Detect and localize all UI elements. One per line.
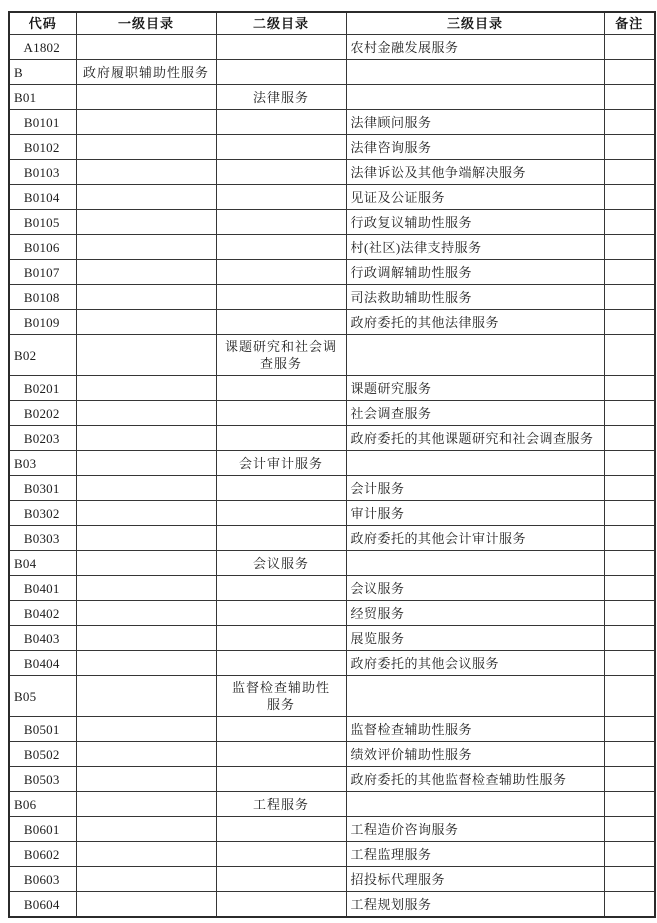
level3-cell bbox=[346, 60, 604, 85]
table-header: 代码 一级目录 二级目录 三级目录 备注 bbox=[9, 12, 655, 35]
remark-cell bbox=[604, 185, 655, 210]
level3-cell: 行政调解辅助性服务 bbox=[346, 260, 604, 285]
level1-cell bbox=[76, 260, 216, 285]
level3-cell: 法律咨询服务 bbox=[346, 135, 604, 160]
code-cell: B0101 bbox=[9, 110, 76, 135]
code-cell: B0108 bbox=[9, 285, 76, 310]
table-row: B政府履职辅助性服务 bbox=[9, 60, 655, 85]
table-row: A1802农村金融发展服务 bbox=[9, 35, 655, 60]
table-row: B0503政府委托的其他监督检查辅助性服务 bbox=[9, 767, 655, 792]
level1-cell bbox=[76, 451, 216, 476]
level1-cell bbox=[76, 85, 216, 110]
level3-cell: 工程监理服务 bbox=[346, 842, 604, 867]
code-cell: B03 bbox=[9, 451, 76, 476]
code-cell: B0402 bbox=[9, 601, 76, 626]
code-cell: B0604 bbox=[9, 892, 76, 918]
level1-cell bbox=[76, 110, 216, 135]
level2-cell bbox=[216, 717, 346, 742]
remark-cell bbox=[604, 110, 655, 135]
table-row: B06工程服务 bbox=[9, 792, 655, 817]
level2-cell bbox=[216, 892, 346, 918]
level1-cell bbox=[76, 476, 216, 501]
level2-cell bbox=[216, 260, 346, 285]
level1-cell bbox=[76, 185, 216, 210]
remark-cell bbox=[604, 792, 655, 817]
table-row: B0102法律咨询服务 bbox=[9, 135, 655, 160]
level3-cell: 会议服务 bbox=[346, 576, 604, 601]
level2-cell bbox=[216, 626, 346, 651]
level3-cell bbox=[346, 676, 604, 717]
code-cell: B0601 bbox=[9, 817, 76, 842]
remark-cell bbox=[604, 476, 655, 501]
table-row: B0604工程规划服务 bbox=[9, 892, 655, 918]
level2-cell bbox=[216, 35, 346, 60]
remark-cell bbox=[604, 576, 655, 601]
level2-cell bbox=[216, 817, 346, 842]
remark-cell bbox=[604, 160, 655, 185]
remark-cell bbox=[604, 717, 655, 742]
level3-cell: 会计服务 bbox=[346, 476, 604, 501]
level1-cell bbox=[76, 426, 216, 451]
table-row: B0108司法救助辅助性服务 bbox=[9, 285, 655, 310]
level2-cell bbox=[216, 60, 346, 85]
code-cell: B0102 bbox=[9, 135, 76, 160]
level2-cell bbox=[216, 210, 346, 235]
column-header-level3: 三级目录 bbox=[346, 12, 604, 35]
remark-cell bbox=[604, 285, 655, 310]
level1-cell bbox=[76, 526, 216, 551]
level2-cell bbox=[216, 376, 346, 401]
level3-cell: 社会调查服务 bbox=[346, 401, 604, 426]
level2-cell bbox=[216, 160, 346, 185]
code-cell: B02 bbox=[9, 335, 76, 376]
remark-cell bbox=[604, 842, 655, 867]
table-row: B02课题研究和社会调 查服务 bbox=[9, 335, 655, 376]
code-cell: B0403 bbox=[9, 626, 76, 651]
level3-cell: 政府委托的其他会议服务 bbox=[346, 651, 604, 676]
level3-cell bbox=[346, 335, 604, 376]
code-cell: B0301 bbox=[9, 476, 76, 501]
remark-cell bbox=[604, 451, 655, 476]
level3-cell: 司法救助辅助性服务 bbox=[346, 285, 604, 310]
code-cell: B04 bbox=[9, 551, 76, 576]
table-row: B04会议服务 bbox=[9, 551, 655, 576]
header-row: 代码 一级目录 二级目录 三级目录 备注 bbox=[9, 12, 655, 35]
remark-cell bbox=[604, 526, 655, 551]
level2-cell bbox=[216, 235, 346, 260]
level3-cell bbox=[346, 451, 604, 476]
table-row: B0101法律顾问服务 bbox=[9, 110, 655, 135]
remark-cell bbox=[604, 135, 655, 160]
table-row: B0602工程监理服务 bbox=[9, 842, 655, 867]
level3-cell: 见证及公证服务 bbox=[346, 185, 604, 210]
level2-cell bbox=[216, 867, 346, 892]
remark-cell bbox=[604, 676, 655, 717]
code-cell: A1802 bbox=[9, 35, 76, 60]
level1-cell bbox=[76, 792, 216, 817]
remark-cell bbox=[604, 551, 655, 576]
level1-cell bbox=[76, 376, 216, 401]
code-cell: B0105 bbox=[9, 210, 76, 235]
table-row: B0502绩效评价辅助性服务 bbox=[9, 742, 655, 767]
level2-cell bbox=[216, 576, 346, 601]
table-row: B0501监督检查辅助性服务 bbox=[9, 717, 655, 742]
level3-cell bbox=[346, 792, 604, 817]
level3-cell: 村(社区)法律支持服务 bbox=[346, 235, 604, 260]
code-cell: B0203 bbox=[9, 426, 76, 451]
table-row: B0104见证及公证服务 bbox=[9, 185, 655, 210]
level2-cell: 会计审计服务 bbox=[216, 451, 346, 476]
remark-cell bbox=[604, 767, 655, 792]
remark-cell bbox=[604, 310, 655, 335]
table-row: B0202社会调查服务 bbox=[9, 401, 655, 426]
table-row: B0301会计服务 bbox=[9, 476, 655, 501]
table-row: B0103法律诉讼及其他争端解决服务 bbox=[9, 160, 655, 185]
level2-cell bbox=[216, 742, 346, 767]
level1-cell bbox=[76, 742, 216, 767]
level1-cell bbox=[76, 35, 216, 60]
level3-cell: 政府委托的其他法律服务 bbox=[346, 310, 604, 335]
level3-cell: 展览服务 bbox=[346, 626, 604, 651]
code-cell: B0602 bbox=[9, 842, 76, 867]
table-row: B0105行政复议辅助性服务 bbox=[9, 210, 655, 235]
level1-cell bbox=[76, 892, 216, 918]
remark-cell bbox=[604, 235, 655, 260]
code-cell: B0503 bbox=[9, 767, 76, 792]
column-header-remark: 备注 bbox=[604, 12, 655, 35]
level3-cell: 法律顾问服务 bbox=[346, 110, 604, 135]
level2-cell bbox=[216, 310, 346, 335]
level1-cell bbox=[76, 335, 216, 376]
remark-cell bbox=[604, 401, 655, 426]
level1-cell bbox=[76, 867, 216, 892]
remark-cell bbox=[604, 210, 655, 235]
level1-cell bbox=[76, 135, 216, 160]
level3-cell: 招投标代理服务 bbox=[346, 867, 604, 892]
level1-cell bbox=[76, 551, 216, 576]
code-cell: B0401 bbox=[9, 576, 76, 601]
remark-cell bbox=[604, 60, 655, 85]
level2-cell bbox=[216, 110, 346, 135]
code-cell: B0502 bbox=[9, 742, 76, 767]
column-header-level1: 一级目录 bbox=[76, 12, 216, 35]
table-row: B05监督检查辅助性 服务 bbox=[9, 676, 655, 717]
column-header-code: 代码 bbox=[9, 12, 76, 35]
table-row: B0403展览服务 bbox=[9, 626, 655, 651]
remark-cell bbox=[604, 426, 655, 451]
table-row: B01法律服务 bbox=[9, 85, 655, 110]
level1-cell bbox=[76, 817, 216, 842]
level2-cell bbox=[216, 476, 346, 501]
code-cell: B0302 bbox=[9, 501, 76, 526]
level2-cell bbox=[216, 426, 346, 451]
remark-cell bbox=[604, 85, 655, 110]
table-row: B0109政府委托的其他法律服务 bbox=[9, 310, 655, 335]
table-row: B0404政府委托的其他会议服务 bbox=[9, 651, 655, 676]
level1-cell bbox=[76, 767, 216, 792]
table-row: B0601工程造价咨询服务 bbox=[9, 817, 655, 842]
table-row: B03会计审计服务 bbox=[9, 451, 655, 476]
level1-cell bbox=[76, 842, 216, 867]
level2-cell bbox=[216, 285, 346, 310]
code-cell: B0106 bbox=[9, 235, 76, 260]
level2-cell: 工程服务 bbox=[216, 792, 346, 817]
level1-cell bbox=[76, 676, 216, 717]
level2-cell bbox=[216, 526, 346, 551]
table-row: B0603招投标代理服务 bbox=[9, 867, 655, 892]
level1-cell bbox=[76, 626, 216, 651]
level2-cell bbox=[216, 185, 346, 210]
level1-cell: 政府履职辅助性服务 bbox=[76, 60, 216, 85]
table-row: B0107行政调解辅助性服务 bbox=[9, 260, 655, 285]
level2-cell bbox=[216, 651, 346, 676]
table-row: B0201课题研究服务 bbox=[9, 376, 655, 401]
level3-cell: 绩效评价辅助性服务 bbox=[346, 742, 604, 767]
level2-cell bbox=[216, 767, 346, 792]
level1-cell bbox=[76, 601, 216, 626]
level3-cell: 工程规划服务 bbox=[346, 892, 604, 918]
code-cell: B0201 bbox=[9, 376, 76, 401]
level2-cell: 课题研究和社会调 查服务 bbox=[216, 335, 346, 376]
table-row: B0401会议服务 bbox=[9, 576, 655, 601]
catalog-table: 代码 一级目录 二级目录 三级目录 备注 A1802农村金融发展服务B政府履职辅… bbox=[8, 11, 656, 918]
table-row: B0402经贸服务 bbox=[9, 601, 655, 626]
level3-cell: 监督检查辅助性服务 bbox=[346, 717, 604, 742]
level1-cell bbox=[76, 285, 216, 310]
remark-cell bbox=[604, 867, 655, 892]
level1-cell bbox=[76, 401, 216, 426]
code-cell: B0202 bbox=[9, 401, 76, 426]
table-body: A1802农村金融发展服务B政府履职辅助性服务B01法律服务B0101法律顾问服… bbox=[9, 35, 655, 918]
remark-cell bbox=[604, 742, 655, 767]
table-row: B0303政府委托的其他会计审计服务 bbox=[9, 526, 655, 551]
remark-cell bbox=[604, 892, 655, 918]
document-page: 代码 一级目录 二级目录 三级目录 备注 A1802农村金融发展服务B政府履职辅… bbox=[0, 0, 657, 918]
level1-cell bbox=[76, 501, 216, 526]
level1-cell bbox=[76, 310, 216, 335]
level2-cell: 法律服务 bbox=[216, 85, 346, 110]
level2-cell: 会议服务 bbox=[216, 551, 346, 576]
level2-cell bbox=[216, 501, 346, 526]
code-cell: B01 bbox=[9, 85, 76, 110]
code-cell: B0603 bbox=[9, 867, 76, 892]
remark-cell bbox=[604, 376, 655, 401]
code-cell: B0303 bbox=[9, 526, 76, 551]
code-cell: B0109 bbox=[9, 310, 76, 335]
remark-cell bbox=[604, 651, 655, 676]
code-cell: B0501 bbox=[9, 717, 76, 742]
code-cell: B0103 bbox=[9, 160, 76, 185]
code-cell: B0104 bbox=[9, 185, 76, 210]
table-row: B0106村(社区)法律支持服务 bbox=[9, 235, 655, 260]
table-row: B0302审计服务 bbox=[9, 501, 655, 526]
remark-cell bbox=[604, 335, 655, 376]
code-cell: B0107 bbox=[9, 260, 76, 285]
level3-cell: 政府委托的其他监督检查辅助性服务 bbox=[346, 767, 604, 792]
level1-cell bbox=[76, 576, 216, 601]
level3-cell bbox=[346, 85, 604, 110]
code-cell: B05 bbox=[9, 676, 76, 717]
level1-cell bbox=[76, 210, 216, 235]
level3-cell: 政府委托的其他会计审计服务 bbox=[346, 526, 604, 551]
level3-cell: 经贸服务 bbox=[346, 601, 604, 626]
level3-cell: 农村金融发展服务 bbox=[346, 35, 604, 60]
level2-cell bbox=[216, 601, 346, 626]
level3-cell: 审计服务 bbox=[346, 501, 604, 526]
level3-cell: 工程造价咨询服务 bbox=[346, 817, 604, 842]
remark-cell bbox=[604, 501, 655, 526]
level2-cell bbox=[216, 135, 346, 160]
remark-cell bbox=[604, 601, 655, 626]
level3-cell: 课题研究服务 bbox=[346, 376, 604, 401]
table-row: B0203政府委托的其他课题研究和社会调查服务 bbox=[9, 426, 655, 451]
level2-cell: 监督检查辅助性 服务 bbox=[216, 676, 346, 717]
level3-cell: 政府委托的其他课题研究和社会调查服务 bbox=[346, 426, 604, 451]
remark-cell bbox=[604, 260, 655, 285]
code-cell: B06 bbox=[9, 792, 76, 817]
level1-cell bbox=[76, 651, 216, 676]
level3-cell bbox=[346, 551, 604, 576]
level1-cell bbox=[76, 235, 216, 260]
code-cell: B bbox=[9, 60, 76, 85]
level1-cell bbox=[76, 160, 216, 185]
level1-cell bbox=[76, 717, 216, 742]
remark-cell bbox=[604, 35, 655, 60]
remark-cell bbox=[604, 626, 655, 651]
remark-cell bbox=[604, 817, 655, 842]
code-cell: B0404 bbox=[9, 651, 76, 676]
level3-cell: 行政复议辅助性服务 bbox=[346, 210, 604, 235]
level2-cell bbox=[216, 401, 346, 426]
level2-cell bbox=[216, 842, 346, 867]
level3-cell: 法律诉讼及其他争端解决服务 bbox=[346, 160, 604, 185]
column-header-level2: 二级目录 bbox=[216, 12, 346, 35]
